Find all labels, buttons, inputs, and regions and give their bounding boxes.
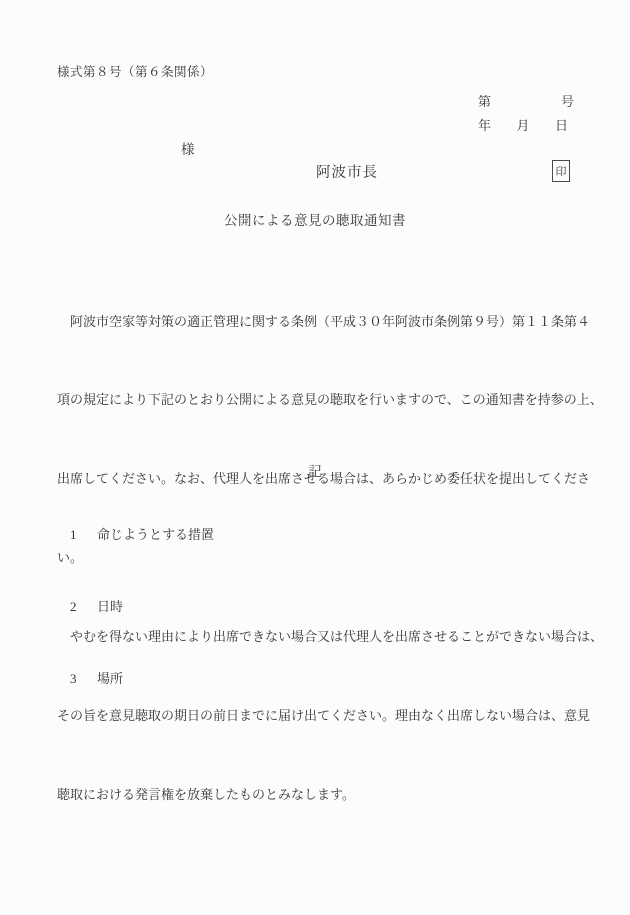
date-month-label: 月 [516,115,529,134]
date-line: 年 月 日 [478,115,568,134]
list-item-measure: 1命じようとする措置 [57,508,214,559]
body-line: その旨を意見聴取の期日の前日までに届け出てください。理由なく出席しない場合は、意… [57,703,625,729]
sender-name: 阿波市長 [316,161,378,182]
doc-number-line: 第 号 [478,91,574,110]
body-line: 聴取における発言権を放棄したものとみなします。 [57,782,625,808]
ki-marker: 記 [0,460,630,480]
document-page: 様式第８号（第６条関係） 第 号 年 月 日 様 阿波市長 印 公開による意見の… [0,0,630,915]
list-item-place: 3場所 [57,652,123,703]
body-line: 項の規定により下記のとおり公開による意見の聴取を行いますので、この通知書を持参の… [57,387,625,413]
list-item-label: 命じようとする措置 [97,527,214,542]
seal-placeholder: 印 [552,160,570,182]
list-item-datetime: 2日時 [57,580,123,631]
form-number: 様式第８号（第６条関係） [57,62,213,80]
list-item-label: 場所 [97,671,123,686]
list-item-number: 1 [70,527,97,543]
body-line: 阿波市空家等対策の適正管理に関する条例（平成３０年阿波市条例第９号）第１１条第４ [57,309,625,335]
list-item-number: 3 [70,671,97,687]
doc-number-prefix: 第 [478,91,491,110]
addressee-honorific: 様 [181,138,195,158]
doc-number-suffix: 号 [561,91,574,110]
list-item-number: 2 [70,599,97,615]
body-line: やむを得ない理由により出席できない場合又は代理人を出席させることができない場合は… [57,624,625,650]
document-title: 公開による意見の聴取通知書 [0,209,630,229]
list-item-label: 日時 [97,599,123,614]
date-day-label: 日 [555,115,568,134]
date-year-label: 年 [478,115,491,134]
